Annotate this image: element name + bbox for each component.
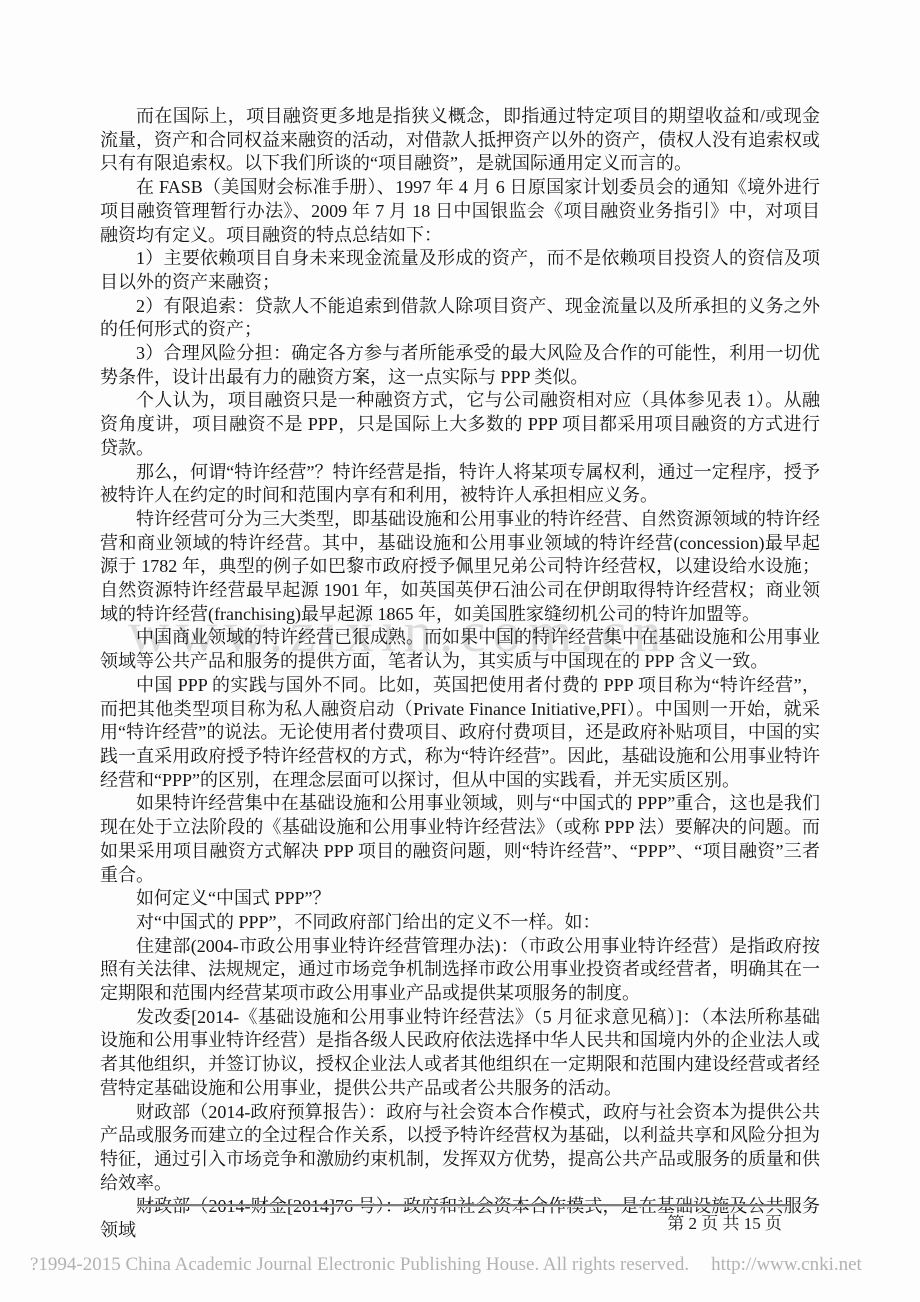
paragraph: 特许经营可分为三大类型，即基础设施和公用事业的特许经营、自然资源领域的特许经营和… [100,508,820,627]
copyright-notice: ?1994-2015 China Academic Journal Electr… [30,1254,689,1275]
paragraph: 中国 PPP 的实践与国外不同。比如，英国把使用者付费的 PPP 项目称为“特许… [100,674,820,793]
paragraph: 而在国际上，项目融资更多地是指狭义概念，即指通过特定项目的期望收益和/或现金流量… [100,105,820,176]
paragraph: 3）合理风险分担：确定各方参与者所能承受的最大风险及合作的可能性，利用一切优势条… [100,342,820,389]
page-number-indicator: 第 2 页 共 15 页 [137,1209,782,1234]
cnki-url: http://www.cnki.net [711,1254,862,1275]
paragraph: 如果特许经营集中在基础设施和公用事业领域，则与“中国式的 PPP”重合，这也是我… [100,792,820,887]
document-body: 而在国际上，项目融资更多地是指狭义概念，即指通过特定项目的期望收益和/或现金流量… [100,105,820,1243]
paragraph: 如何定义“中国式 PPP”？ [100,887,820,911]
copyright-line: ?1994-2015 China Academic Journal Electr… [30,1254,890,1276]
paragraph: 发改委[2014-《基础设施和公用事业特许经营法》（5 月征求意见稿）]：（本法… [100,1006,820,1101]
paragraph: 在 FASB（美国财会标准手册）、1997 年 4 月 6 日原国家计划委员会的… [100,176,820,247]
paragraph: 对“中国式的 PPP”，不同政府部门给出的定义不一样。如： [100,911,820,935]
paragraph: 2）有限追索：贷款人不能追索到借款人除项目资产、现金流量以及所承担的义务之外的任… [100,295,820,342]
paragraph: 住建部(2004-市政公用事业特许经营管理办法)：（市政公用事业特许经营）是指政… [100,935,820,1006]
footer-divider [137,1204,790,1207]
paragraph: 中国商业领域的特许经营已很成熟。而如果中国的特许经营集中在基础设施和公用事业领域… [100,626,820,673]
paragraph: 个人认为，项目融资只是一种融资方式，它与公司融资相对应（具体参见表 1）。从融资… [100,389,820,460]
paragraph: 1）主要依赖项目自身未来现金流量及形成的资产，而不是依赖项目投资人的资信及项目以… [100,247,820,294]
document-page: www.zixin.com.cn 而在国际上，项目融资更多地是指狭义概念，即指通… [0,0,920,1302]
paragraph: 那么，何谓“特许经营”？特许经营是指，特许人将某项专属权利，通过一定程序，授予被… [100,461,820,508]
paragraph: 财政部（2014-政府预算报告）：政府与社会资本合作模式，政府与社会资本为提供公… [100,1101,820,1196]
